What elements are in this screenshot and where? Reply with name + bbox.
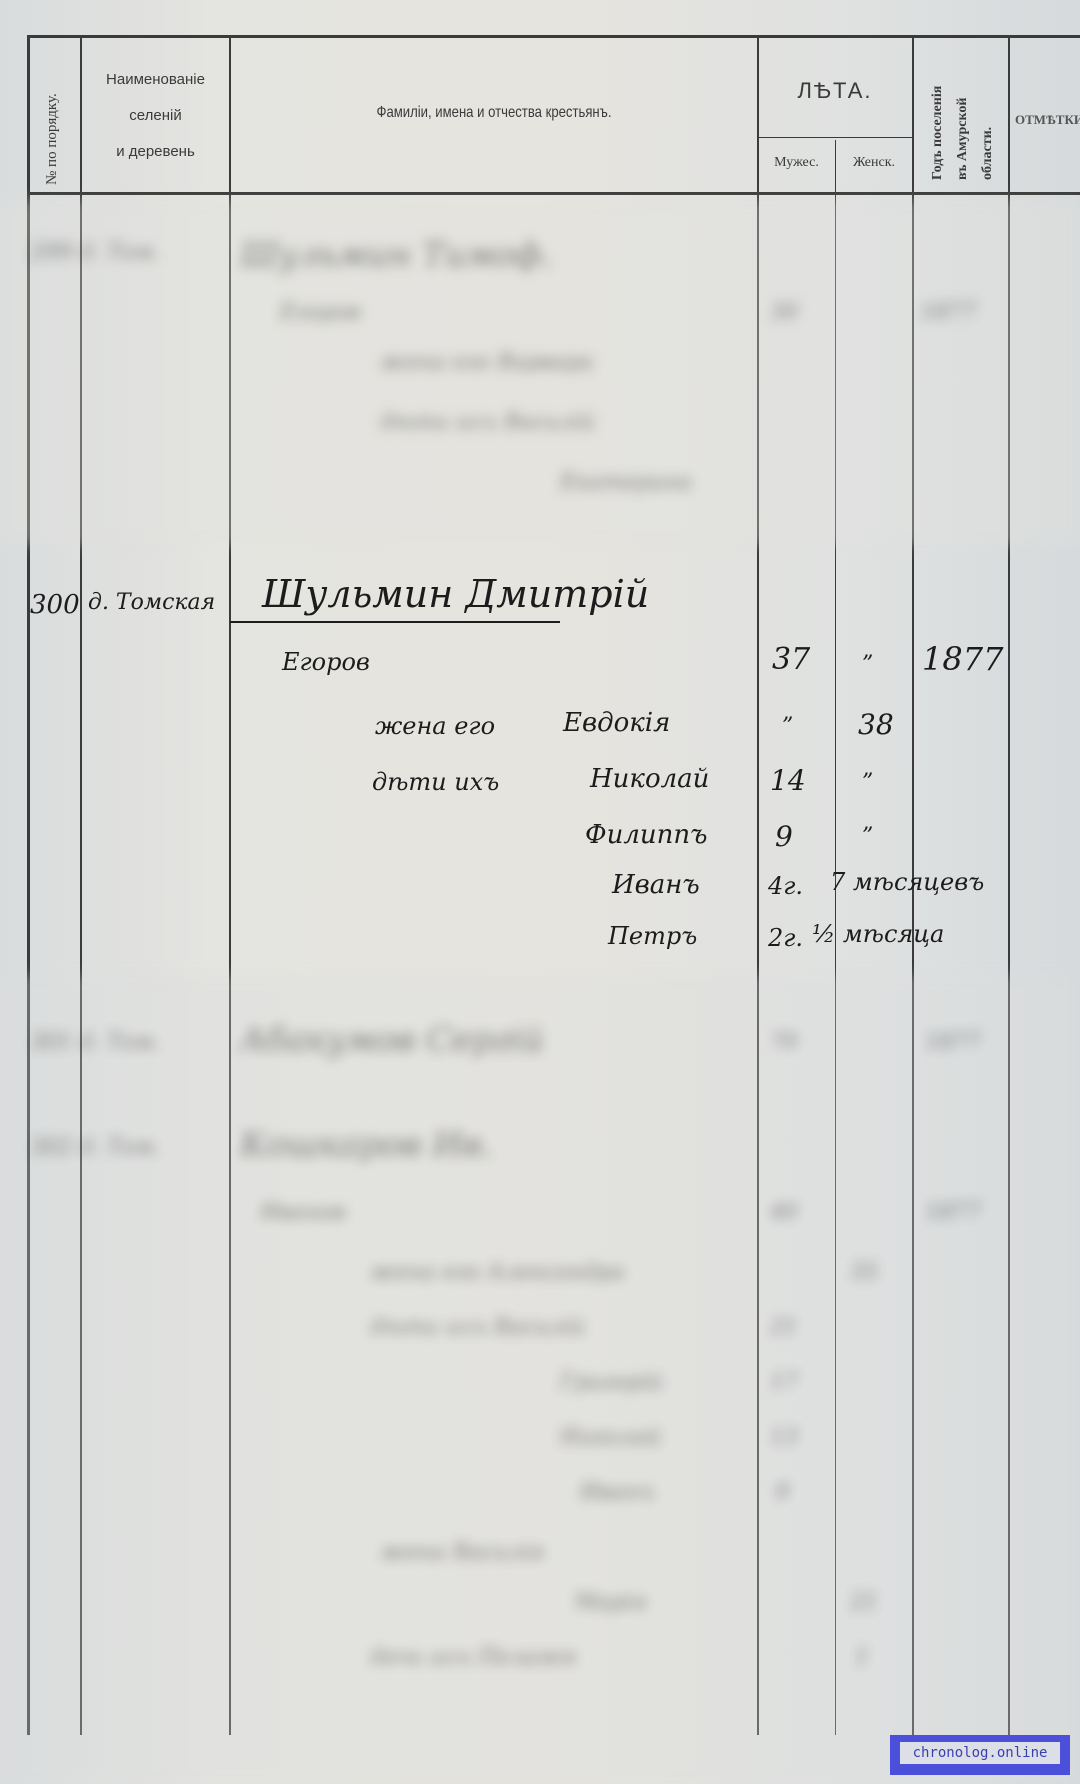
entry-settlement: д. Томская	[88, 590, 215, 615]
entry-male-age: 2г.	[768, 924, 803, 952]
entry-line-name: Николай	[590, 764, 709, 794]
entry-line-name: Шульмин Дмитрій	[262, 572, 649, 616]
surname-underline	[230, 621, 560, 623]
header-settlement: Наименованіе селеній и деревень	[82, 62, 229, 170]
entry-female-age: 38	[858, 708, 894, 741]
entry-line-name: Филиппъ	[585, 820, 707, 850]
entry-male-age: 37	[772, 642, 810, 677]
entry-female-age: 7 мѣсяцевъ	[830, 868, 984, 896]
entry-female-age: ”	[862, 824, 873, 849]
header-names: Фамиліи, имена и отчества крестьянъ.	[278, 104, 709, 122]
header-age: ЛѢТА.	[758, 78, 912, 104]
entry-line-name: Иванъ	[612, 870, 700, 900]
blurred-entries-top: 299 д. Том. Шульмин Тимоф. Егоров 30 187…	[0, 200, 1080, 545]
entry-male-age: 14	[770, 764, 806, 797]
header-bottom-border	[28, 192, 1080, 195]
entry-line-prefix: дѣти ихъ	[372, 768, 499, 796]
header-age-female: Женск.	[836, 155, 912, 171]
header-notes: ОТМѢТКИ	[1015, 112, 1080, 128]
entry-line-name: Егоров	[282, 648, 370, 676]
register-page: № по порядку. Наименованіе селеній и дер…	[0, 0, 1080, 1784]
blurred-entries-bottom: 301 д. Том. Абакумов Сергій 70 1877 302 …	[0, 975, 1080, 1784]
entry-line-prefix: жена его	[375, 712, 495, 740]
entry-line-name: Петръ	[608, 922, 697, 950]
entry-male-age: 9	[775, 820, 793, 853]
entry-number: 300	[30, 590, 80, 620]
entry-male-age: ”	[782, 714, 793, 739]
entry-line-name: Евдокія	[563, 708, 670, 738]
entry-male-age: 4г.	[768, 872, 803, 900]
entry-female-age: ”	[862, 770, 873, 795]
entry-female-age: ½ мѣсяца	[812, 920, 944, 948]
header-top-border	[28, 35, 1080, 38]
header-age-male: Мужес.	[758, 155, 835, 171]
entry-settle-year: 1877	[922, 640, 1003, 678]
header-number: № по порядку.	[44, 93, 61, 185]
entry-female-age: ”	[862, 652, 873, 677]
watermark-badge: chronolog.online	[890, 1735, 1070, 1775]
age-subheader-rule	[758, 137, 912, 138]
